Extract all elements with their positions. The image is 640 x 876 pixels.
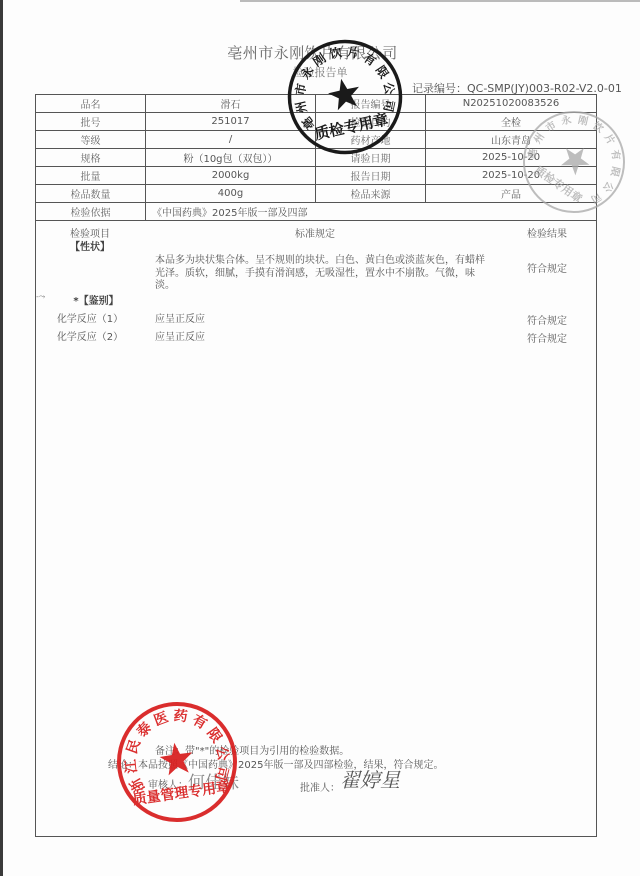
approver-signature: 翟婷星	[340, 764, 400, 793]
field-value: 粉（10g包（双包））	[146, 149, 316, 167]
info-row: 批号251017检验目的全检	[36, 113, 597, 131]
page-edge-top	[240, 0, 640, 2]
field-label: 品名	[36, 95, 146, 113]
field-label: 规格	[36, 149, 146, 167]
result-text: 符合规定	[497, 312, 597, 327]
field-label: 报告日期	[316, 167, 426, 185]
section-title-identification: *【鉴别】	[35, 292, 145, 307]
field-label: 批量	[36, 167, 146, 185]
page-edge	[0, 0, 3, 876]
item-name: 化学反应（1）	[35, 310, 145, 325]
field-value: 2025-10-20	[426, 149, 597, 167]
item-name: 化学反应（2）	[35, 328, 145, 343]
company-name: 亳州市永刚饮片有限公司	[0, 42, 640, 63]
field-label: 检验目的	[316, 113, 426, 131]
basis-row: 检验依据《中国药典》2025年版一部及四部	[36, 203, 597, 221]
reviewer-signature: 何佳妹	[188, 768, 239, 793]
result-text: 符合规定	[497, 260, 597, 275]
approver-label: 批准人：	[300, 779, 340, 794]
standard-text: 应呈正反应	[155, 328, 485, 343]
field-value: 251017	[146, 113, 316, 131]
info-row: 检品数量400g检品来源产品	[36, 185, 597, 203]
document-title: 检验报告单	[0, 64, 640, 80]
svg-text:限: 限	[608, 165, 623, 178]
info-row: 批量2000kg报告日期2025-10-20	[36, 167, 597, 185]
field-label: 报告编号	[316, 95, 426, 113]
basis-label: 检验依据	[36, 203, 146, 221]
header-result: 检验结果	[497, 225, 597, 240]
standard-text: 本品多为块状集合体。呈不规则的块状。白色、黄白色或淡蓝灰色，有蜡样光泽。质软，细…	[155, 255, 485, 293]
result-text: 符合规定	[497, 330, 597, 345]
field-value: N20251020083526	[426, 95, 597, 113]
field-label: 药材产地	[316, 131, 426, 149]
info-row: 规格粉（10g包（双包））请验日期2025-10-20	[36, 149, 597, 167]
field-value: 山东青岛	[426, 131, 597, 149]
svg-text:片: 片	[602, 132, 618, 147]
field-value: 产品	[426, 185, 597, 203]
field-label: 检品数量	[36, 185, 146, 203]
field-value: /	[146, 131, 316, 149]
field-label: 检品来源	[316, 185, 426, 203]
basis-value: 《中国药典》2025年版一部及四部	[146, 203, 597, 221]
reviewer-label: 审核人：	[148, 776, 188, 791]
info-row: 品名滑石报告编号N20251020083526	[36, 95, 597, 113]
field-label: 等级	[36, 131, 146, 149]
svg-text:有: 有	[609, 149, 623, 161]
field-label: 请验日期	[316, 149, 426, 167]
field-value: 全检	[426, 113, 597, 131]
info-table: 品名滑石报告编号N20251020083526批号251017检验目的全检等级/…	[35, 94, 597, 221]
svg-text:公: 公	[600, 179, 616, 195]
field-value: 滑石	[146, 95, 316, 113]
info-row: 等级/药材产地山东青岛	[36, 131, 597, 149]
field-value: 400g	[146, 185, 316, 203]
scan-mark: -⤳	[36, 292, 45, 302]
standard-text: 应呈正反应	[155, 310, 485, 325]
field-value: 2025-10-20	[426, 167, 597, 185]
field-label: 批号	[36, 113, 146, 131]
remark: 备注：带"*"的检验项目为引用的检验数据。	[155, 742, 349, 757]
field-value: 2000kg	[146, 167, 316, 185]
header-standard: 标准规定	[155, 225, 475, 240]
section-title-character: 【性状】	[35, 238, 145, 253]
